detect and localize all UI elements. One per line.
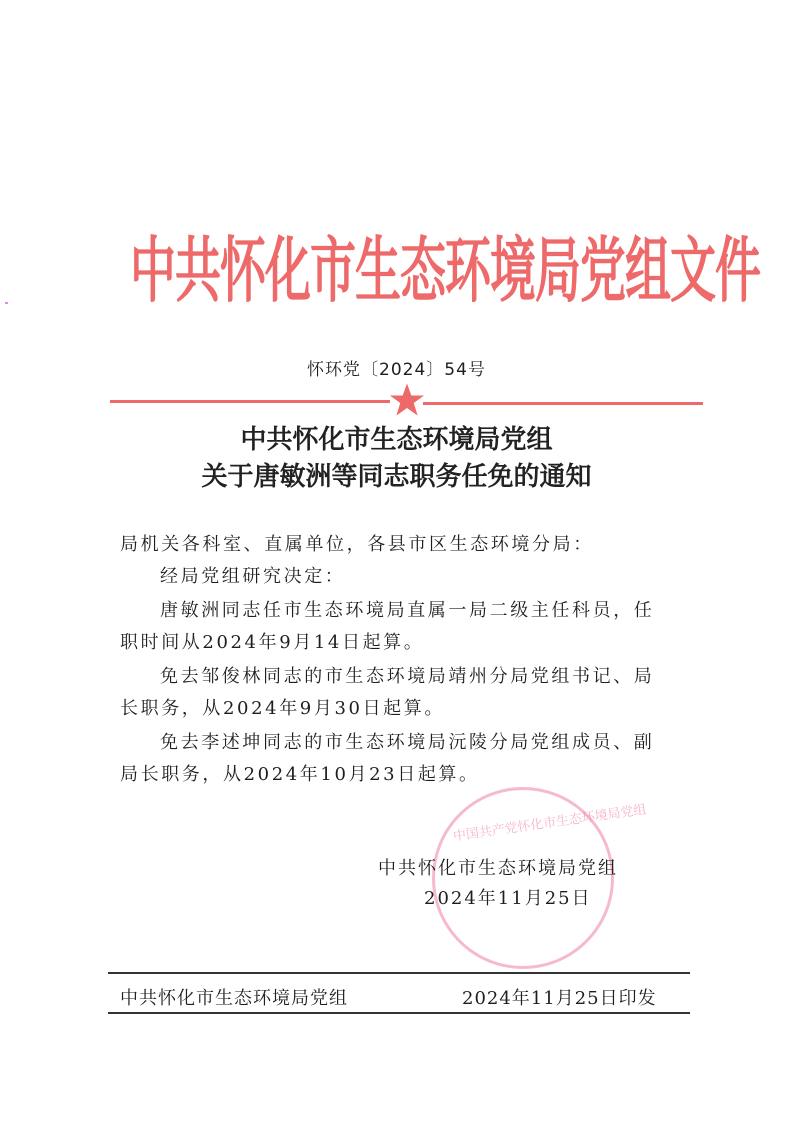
paragraph-1-line1: 唐敏洲同志任市生态环境局直属一局二级主任科员，任 [160,596,654,626]
footer-org: 中共怀化市生态环境局党组 [120,984,348,1010]
scan-speck [5,302,8,304]
signature-org: 中共怀化市生态环境局党组 [378,854,618,880]
notice-title-line2: 关于唐敏洲等同志职务任免的通知 [0,459,793,496]
paragraph-1-line2: 职时间从2024年9月14日起算。 [120,628,424,658]
footer-rule-bottom [108,1012,690,1014]
paragraph-3-line1: 免去李述坤同志的市生态环境局沅陵分局党组成员、副 [160,728,654,758]
star-icon [389,382,425,418]
signature-date: 2024年11月25日 [424,884,592,910]
document-number: 怀环党〔2024〕54号 [0,355,793,380]
notice-title-line1: 中共怀化市生态环境局党组 [0,422,793,459]
red-divider-right [423,402,703,405]
addressee: 局机关各科室、直属单位，各县市区生态环境分局： [120,530,594,560]
document-header-title: 中共怀化市生态环境局党组文件 [130,196,690,345]
paragraph-2-line2: 长职务，从2024年9月30日起算。 [120,694,445,724]
paragraph-3-line2: 局长职务，从2024年10月23日起算。 [120,760,480,790]
paragraph-2-line1: 免去邹俊林同志的市生态环境局靖州分局党组书记、局 [160,662,654,692]
footer-printed-date: 2024年11月25日印发 [462,984,657,1010]
intro-line: 经局党组研究决定： [160,562,345,592]
footer-rule-top [108,972,690,974]
red-divider-left [110,400,390,403]
